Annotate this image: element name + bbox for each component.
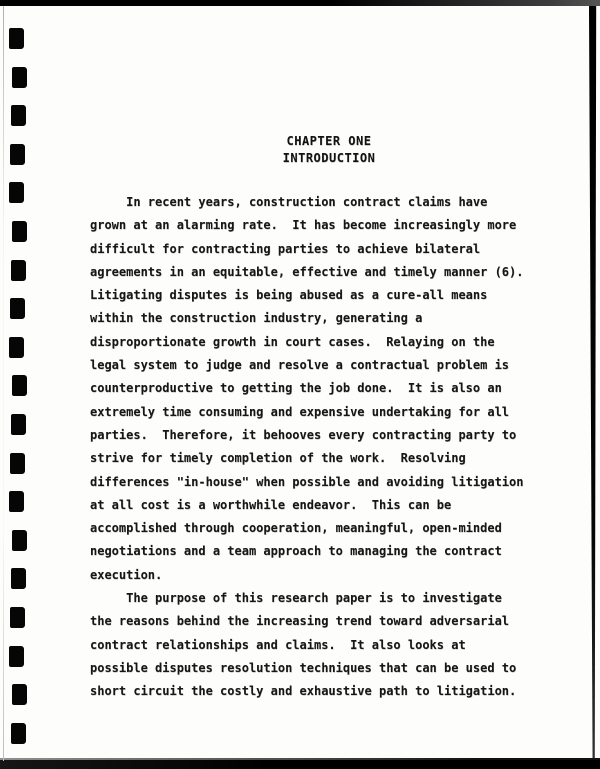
text-line: legal system to judge and resolve a cont… (90, 354, 550, 377)
body-text: In recent years, construction contract c… (90, 191, 550, 704)
scan-edge-right (589, 6, 597, 769)
binding-mark (11, 723, 26, 744)
binding-mark (12, 67, 27, 88)
binding-mark (9, 491, 24, 512)
chapter-subtitle: INTRODUCTION (58, 150, 600, 167)
binding-mark (10, 607, 25, 628)
text-line: counterproductive to getting the job don… (90, 377, 550, 400)
binding-mark (12, 375, 27, 396)
scan-edge-top (0, 0, 600, 6)
binding-mark (9, 337, 24, 358)
text-line: at all cost is a worthwhile endeavor. Th… (90, 494, 550, 517)
binding-mark (12, 221, 27, 242)
binding-mark (10, 453, 25, 474)
text-line: difficult for contracting parties to ach… (90, 238, 550, 261)
text-line: parties. Therefore, it behooves every co… (90, 424, 550, 447)
binding-mark (12, 684, 27, 705)
binding-mark (9, 646, 24, 667)
text-line: contract relationships and claims. It al… (90, 634, 550, 657)
scanned-document-page: CHAPTER ONE INTRODUCTION In recent years… (0, 0, 600, 769)
binding-mark (11, 414, 26, 435)
chapter-heading: CHAPTER ONE INTRODUCTION (0, 133, 600, 166)
binding-mark (11, 105, 26, 126)
scan-edge-left-line (3, 6, 4, 761)
text-line: negotiations and a team approach to mana… (90, 540, 550, 563)
text-line: agreements in an equitable, effective an… (90, 261, 550, 284)
binding-mark (11, 260, 26, 281)
scan-edge-bottom (0, 760, 600, 769)
text-line: The purpose of this research paper is to… (90, 587, 550, 610)
binding-mark (9, 182, 24, 203)
text-line: extremely time consuming and expensive u… (90, 401, 550, 424)
text-line: possible disputes resolution techniques … (90, 657, 550, 680)
text-line: accomplished through cooperation, meanin… (90, 517, 550, 540)
text-line: strive for timely completion of the work… (90, 447, 550, 470)
text-line: disproportionate growth in court cases. … (90, 331, 550, 354)
text-line: within the construction industry, genera… (90, 307, 550, 330)
text-line: short circuit the costly and exhaustive … (90, 680, 550, 703)
binding-mark (10, 298, 25, 319)
binding-mark (11, 568, 26, 589)
chapter-title: CHAPTER ONE (58, 133, 600, 150)
text-line: differences "in-house" when possible and… (90, 471, 550, 494)
text-line: Litigating disputes is being abused as a… (90, 284, 550, 307)
text-line: execution. (90, 564, 550, 587)
text-line: grown at an alarming rate. It has become… (90, 214, 550, 237)
text-line: In recent years, construction contract c… (90, 191, 550, 214)
binding-mark (12, 530, 27, 551)
binding-mark (9, 28, 24, 49)
text-line: the reasons behind the increasing trend … (90, 610, 550, 633)
